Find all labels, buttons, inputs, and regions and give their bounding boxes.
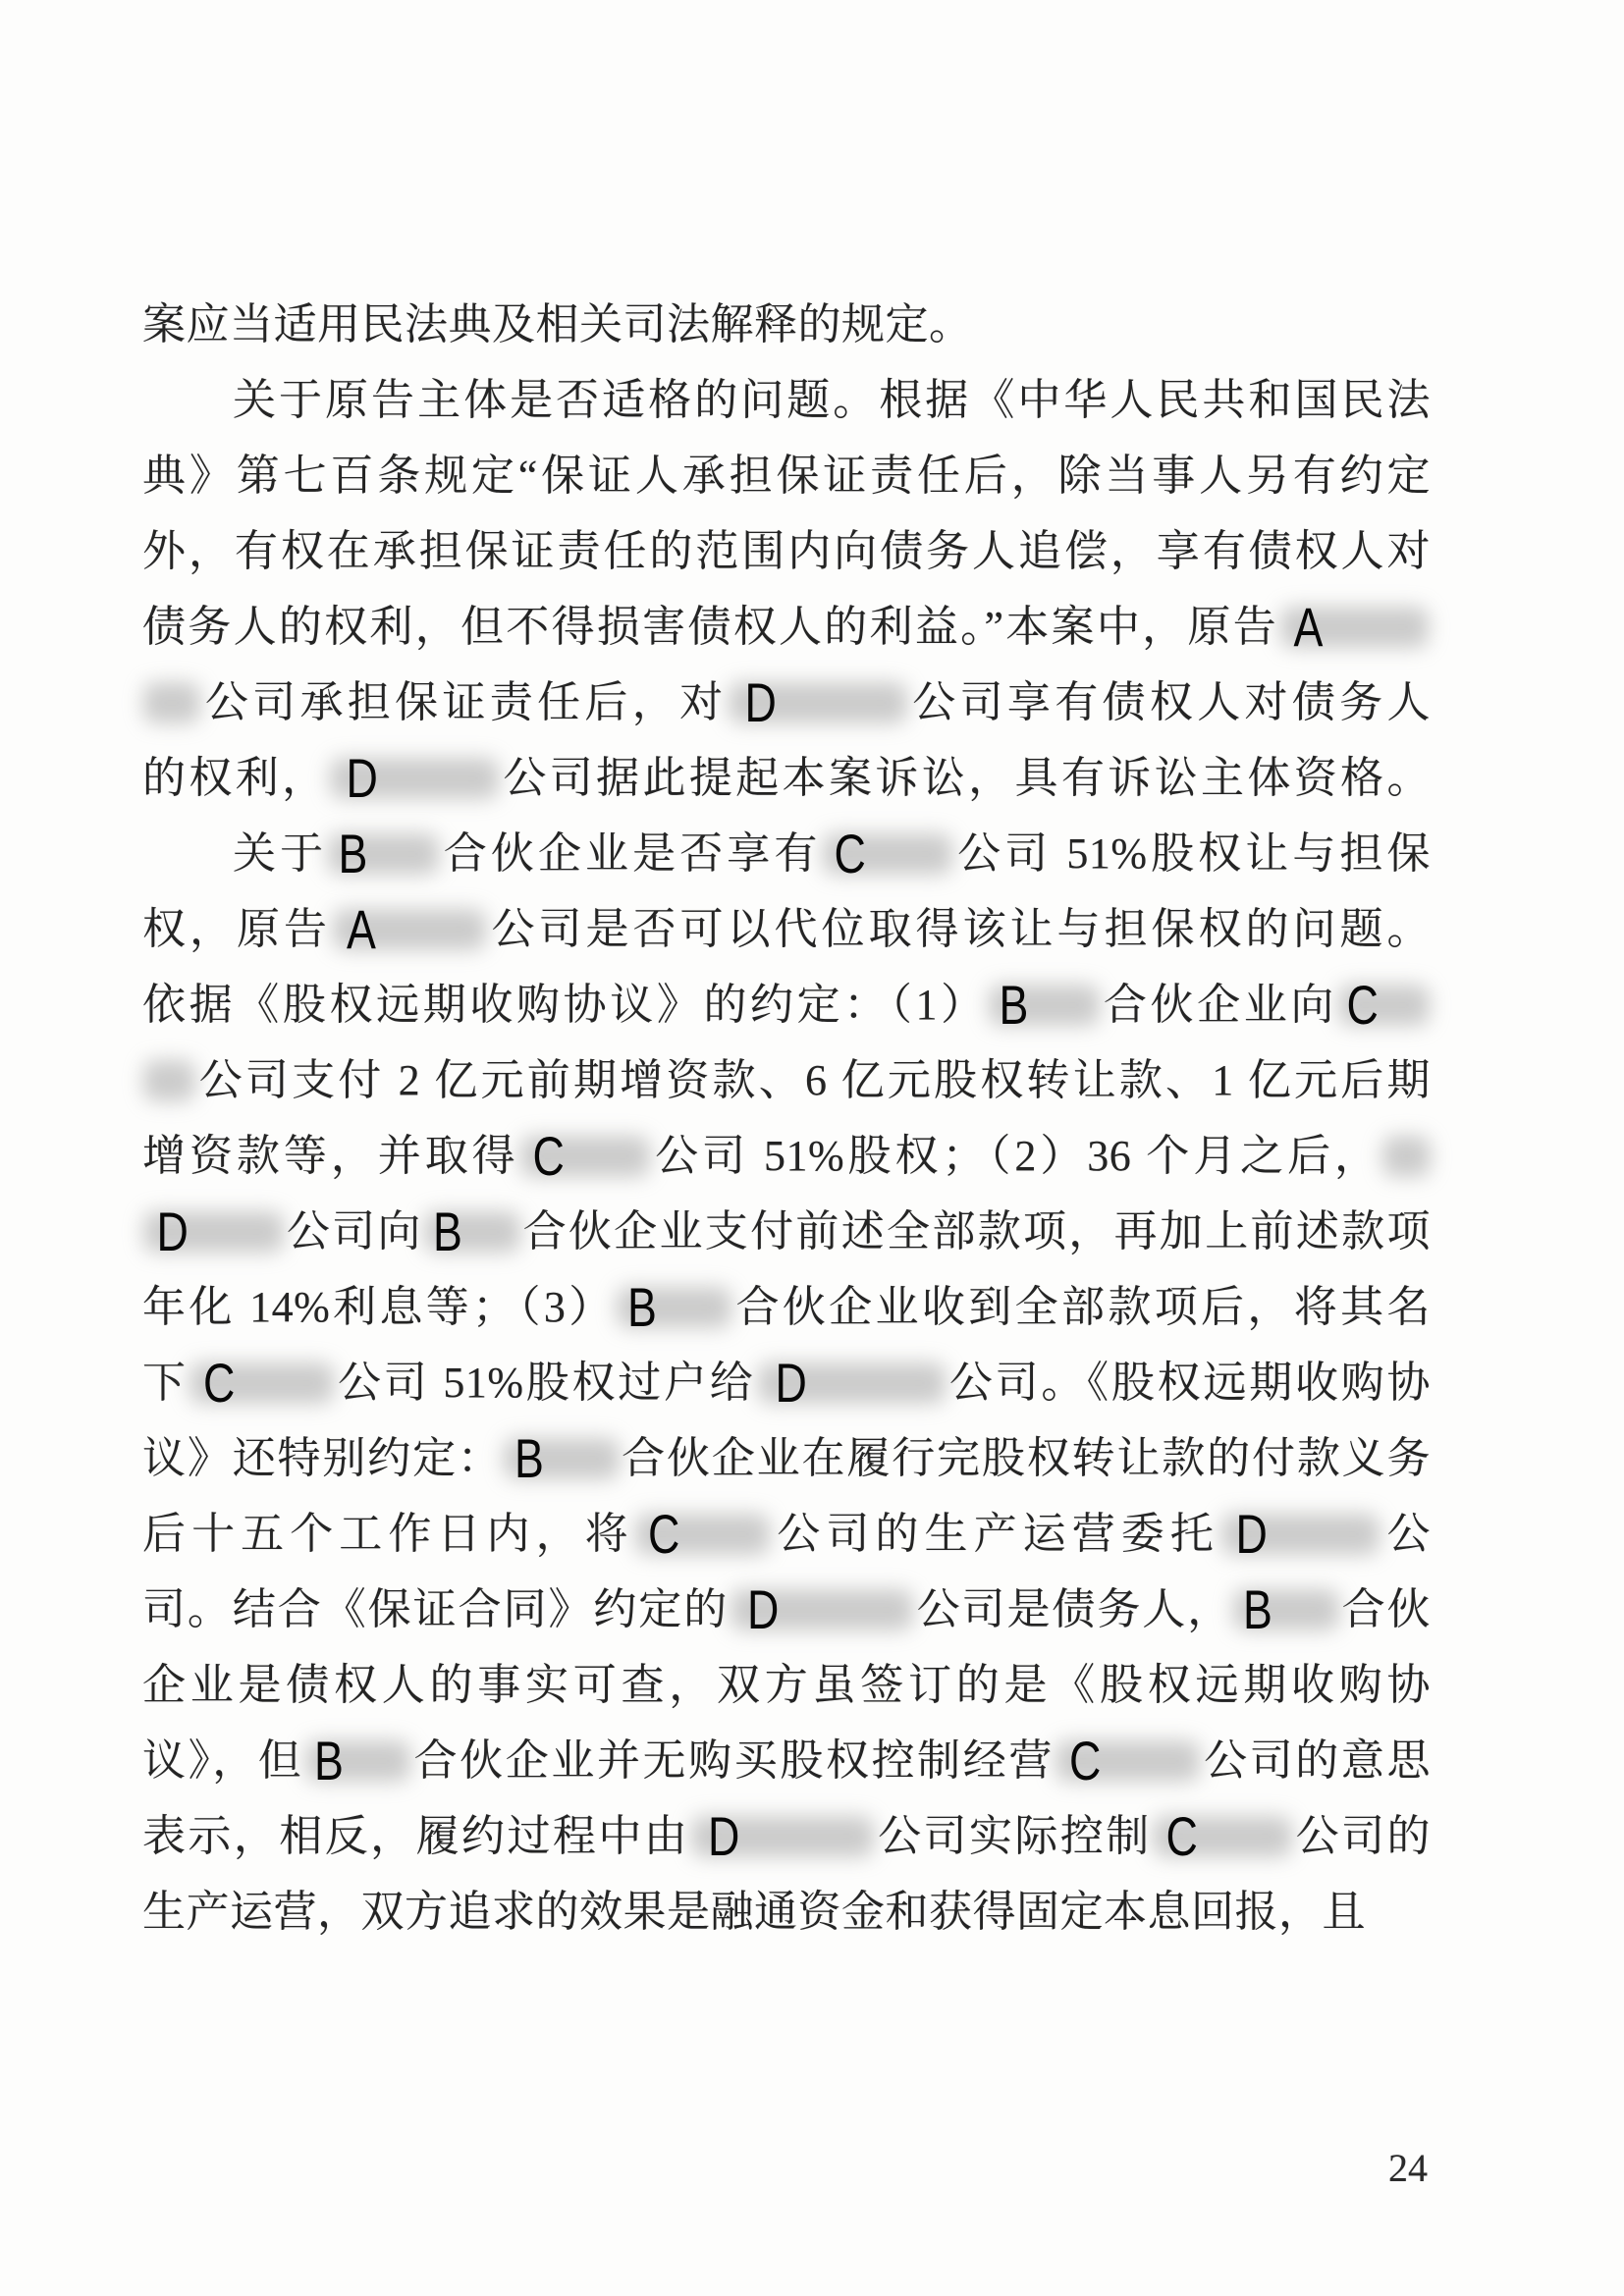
text-segment: 关于 [233, 829, 327, 878]
redaction-marker: A [331, 901, 488, 958]
redaction-marker [142, 1052, 196, 1109]
redaction-letter: C [203, 1355, 321, 1412]
text-segment: 债务人的权利，但不得损害债权人的利益。”本案中，原告 [142, 603, 1278, 651]
text-line: 议》，但B合伙企业并无购买股权控制经营C公司的意思 [142, 1723, 1431, 1798]
redaction-letter: D [747, 1581, 896, 1638]
redaction-letter: B [627, 1279, 722, 1336]
redaction-marker: C [1055, 1733, 1202, 1789]
redaction-letter: B [339, 826, 429, 882]
text-segment: 公司实际控制 [876, 1812, 1152, 1860]
text-segment: 的权利， [142, 754, 329, 802]
redaction-letter: C [835, 826, 941, 882]
text-segment: 公司 51%股权让与担保 [953, 829, 1431, 878]
text-segment: 典》第七百条规定“保证人承担保证责任后，除当事人另有约定 [142, 452, 1431, 500]
text-line: 债务人的权利，但不得损害债权人的利益。”本案中，原告A [142, 589, 1431, 665]
text-line: 表示，相反，履约过程中由D公司实际控制C公司的 [142, 1798, 1431, 1874]
text-segment: 公司的生产运营委托 [772, 1510, 1219, 1558]
text-segment: 表示，相反，履约过程中由 [142, 1812, 689, 1860]
redaction-marker: C [1337, 977, 1431, 1034]
text-line: 下C公司 51%股权过户给D公司。《股权远期收购协 [142, 1345, 1431, 1420]
redaction-letter: C [1347, 977, 1422, 1034]
text-segment: 公司是债务人， [915, 1585, 1232, 1633]
page-number: 24 [1388, 2145, 1428, 2192]
scanned-judgment-page: 案应当适用民法典及相关司法解释的规定。关于原告主体是否适格的问题。根据《中华人民… [0, 0, 1624, 2296]
redaction-letter: D [157, 1203, 271, 1260]
text-line: D公司向B合伙企业支付前述全部款项，再加上前述款项 [142, 1194, 1431, 1269]
text-segment: 公司的意思 [1202, 1736, 1431, 1785]
text-segment: 合伙企业支付前述全部款项，再加上前述款项 [521, 1207, 1431, 1255]
redaction-letter: D [1235, 1506, 1365, 1563]
text-segment: 关于原告主体是否适格的问题。根据《中华人民共和国民法 [233, 376, 1431, 424]
redaction-letter: B [1243, 1581, 1329, 1638]
text-segment: 年化 14%利息等；（3） [142, 1283, 616, 1331]
text-line: 典》第七百条规定“保证人承担保证责任后，除当事人另有约定 [142, 438, 1431, 513]
text-line: 后十五个工作日内，将C公司的生产运营委托D公 [142, 1496, 1431, 1572]
text-segment: 公 [1381, 1510, 1431, 1558]
text-segment: 下 [142, 1359, 189, 1407]
text-line: 关于原告主体是否适格的问题。根据《中华人民共和国民法 [142, 362, 1431, 438]
redaction-marker: D [727, 674, 908, 731]
text-line: 司。结合《保证合同》约定的D公司是债务人，B合伙 [142, 1572, 1431, 1647]
redaction-letter: C [1069, 1733, 1187, 1789]
redaction-letter: B [433, 1203, 512, 1260]
redaction-marker [142, 674, 201, 731]
text-segment: 合伙 [1340, 1585, 1431, 1633]
redaction-marker [1381, 1128, 1431, 1185]
text-segment: 增资款等，并取得 [142, 1132, 519, 1180]
redaction-marker: C [1152, 1808, 1294, 1865]
redaction-letter: D [708, 1808, 857, 1865]
redaction-marker: B [503, 1430, 621, 1487]
redaction-marker: B [1232, 1581, 1340, 1638]
redaction-letter: D [745, 674, 891, 731]
redaction-marker: C [821, 826, 953, 882]
text-segment: 合伙企业收到全部款项后，将其名 [733, 1283, 1431, 1331]
text-line: 公司支付 2 亿元前期增资款、6 亿元股权转让款、1 亿元后期 [142, 1042, 1431, 1118]
text-segment: 公司享有债权人对债务人 [908, 678, 1431, 726]
text-segment: 公司支付 2 亿元前期增资款、6 亿元股权转让款、1 亿元后期 [196, 1056, 1431, 1104]
redaction-marker: B [988, 977, 1101, 1034]
redaction-marker: D [1219, 1506, 1381, 1563]
text-segment: 后十五个工作日内，将 [142, 1510, 634, 1558]
redaction-letter: C [648, 1506, 758, 1563]
text-segment: 企业是债权人的事实可查，双方虽签订的是《股权远期收购协 [142, 1661, 1431, 1709]
redaction-letter: B [514, 1430, 609, 1487]
text-segment: 公司承担保证责任后，对 [201, 678, 727, 726]
text-line: 增资款等，并取得C公司 51%股权；（2）36 个月之后， [142, 1118, 1431, 1194]
text-segment: 议》还特别约定： [142, 1434, 503, 1482]
text-segment: 生产运营，双方追求的效果是融通资金和获得固定本息回报，且 [142, 1888, 1366, 1936]
redaction-smudge [1382, 1136, 1431, 1177]
redaction-letter: B [314, 1733, 401, 1789]
text-segment: 公司 51%股权过户给 [336, 1359, 756, 1407]
document-body: 案应当适用民法典及相关司法解释的规定。关于原告主体是否适格的问题。根据《中华人民… [142, 287, 1431, 1949]
redaction-marker: D [756, 1355, 947, 1412]
redaction-marker: B [327, 826, 440, 882]
text-line: 议》还特别约定：B合伙企业在履行完股权转让款的付款义务 [142, 1420, 1431, 1496]
redaction-smudge [143, 1060, 196, 1101]
redaction-smudge [143, 682, 201, 723]
redaction-marker: B [616, 1279, 733, 1336]
text-segment: 公司向 [285, 1207, 423, 1255]
text-line: 外，有权在承担保证责任的范围内向债务人追偿，享有债权人对 [142, 513, 1431, 589]
redaction-marker: D [729, 1581, 915, 1638]
redaction-marker: D [329, 750, 501, 807]
text-segment: 司。结合《保证合同》约定的 [142, 1585, 729, 1633]
text-line: 年化 14%利息等；（3）B合伙企业收到全部款项后，将其名 [142, 1269, 1431, 1345]
text-segment: 合伙企业向 [1101, 981, 1337, 1029]
redaction-marker: D [689, 1808, 876, 1865]
text-segment: 议》，但 [142, 1736, 303, 1785]
redaction-marker: C [634, 1506, 772, 1563]
text-segment: 外，有权在承担保证责任的范围内向债务人追偿，享有债权人对 [142, 527, 1431, 575]
redaction-marker: C [189, 1355, 336, 1412]
redaction-letter: C [532, 1128, 638, 1185]
text-segment: 公司。《股权远期收购协 [947, 1359, 1431, 1407]
text-segment: 公司 51%股权；（2）36 个月之后， [652, 1132, 1381, 1180]
redaction-marker: C [519, 1128, 652, 1185]
redaction-marker: B [423, 1203, 521, 1260]
text-segment: 合伙企业是否享有 [440, 829, 821, 878]
redaction-letter: B [999, 977, 1089, 1034]
text-segment: 公司是否可以代位取得该让与担保权的问题。 [488, 905, 1431, 953]
redaction-letter: D [346, 750, 483, 807]
text-segment: 公司的 [1294, 1812, 1431, 1860]
text-line: 企业是债权人的事实可查，双方虽签订的是《股权远期收购协 [142, 1647, 1431, 1723]
text-segment: 公司据此提起本案诉讼，具有诉讼主体资格。 [501, 754, 1432, 802]
text-segment: 合伙企业在履行完股权转让款的付款义务 [621, 1434, 1431, 1482]
text-line: 公司承担保证责任后，对D公司享有债权人对债务人 [142, 665, 1431, 740]
redaction-letter: C [1165, 1808, 1279, 1865]
redaction-marker: B [303, 1733, 411, 1789]
redaction-marker: A [1278, 599, 1431, 656]
redaction-letter: A [347, 901, 472, 958]
text-segment: 权，原告 [142, 905, 331, 953]
text-segment: 案应当适用民法典及相关司法解释的规定。 [142, 300, 973, 348]
redaction-letter: A [1294, 599, 1416, 656]
text-line: 依据《股权远期收购协议》的约定：（1）B合伙企业向C [142, 967, 1431, 1042]
text-line: 权，原告A公司是否可以代位取得该让与担保权的问题。 [142, 891, 1431, 967]
text-line: 关于B合伙企业是否享有C公司 51%股权让与担保 [142, 816, 1431, 891]
redaction-marker: D [142, 1203, 285, 1260]
redaction-letter: D [775, 1355, 928, 1412]
text-line: 案应当适用民法典及相关司法解释的规定。 [142, 287, 1431, 362]
text-line: 生产运营，双方追求的效果是融通资金和获得固定本息回报，且 [142, 1874, 1431, 1949]
text-segment: 依据《股权远期收购协议》的约定：（1） [142, 981, 988, 1029]
text-line: 的权利，D公司据此提起本案诉讼，具有诉讼主体资格。 [142, 740, 1431, 816]
text-segment: 合伙企业并无购买股权控制经营 [411, 1736, 1055, 1785]
